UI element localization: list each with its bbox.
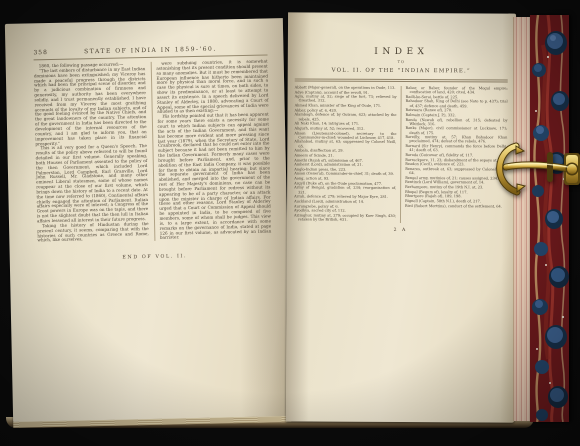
paragraph: “The last embers of disturbance in my Ea… (34, 67, 147, 147)
paragraph: His lordship pointed out that it has bee… (157, 113, 271, 241)
signature-mark: 2 A (294, 227, 507, 233)
running-head-spacer (233, 49, 267, 50)
index-to-label: TO (295, 59, 508, 64)
page-number: 358 (33, 49, 67, 57)
running-head-title: STATE OF INDIA IN 1859-'60. (67, 45, 233, 55)
index-entry: Abbott (Major-general), on the operation… (295, 85, 397, 90)
paragraph: This is all very good for a Queen's Spee… (35, 144, 148, 224)
index-entry: Alison (Lieutenant-colonel), secretary t… (294, 131, 396, 140)
index-column-1: Abbott (Major-general), on the operation… (294, 85, 397, 222)
end-of-volume-note: END OF VOL. II. (38, 253, 272, 263)
index-entry: Banks (Major), civil commissioner at Luc… (405, 126, 507, 135)
index-volume-line: VOL. II. OF THE “INDIAN EMPIRE.” (295, 67, 508, 74)
index-entry: Alambagh, defence of, by Outram, 423; at… (295, 113, 397, 122)
column-rule (400, 86, 402, 223)
index-entry: Auckland (Lord), administration of, 14. (294, 199, 396, 204)
index-entry: Azimghur, mutiny at, 279; occupied by Ko… (294, 213, 396, 222)
paragraph: were subduing countries, it is somewhat … (156, 59, 269, 115)
index-entry: Babar, or Baber, founder of the Mogul em… (406, 86, 508, 95)
left-page-column-2: were subduing countries, it is somewhat … (156, 59, 271, 241)
index-double-rule (295, 78, 508, 82)
paragraph: Taking the history of Hindustan during t… (37, 222, 149, 244)
index-entry: Aligurh, mutiny at, 52; recovered, 312. (294, 126, 396, 131)
marble-pattern-icon (530, 15, 569, 422)
index-entry: Agra, mutiny at, 52; siege of the fort, … (295, 95, 397, 104)
index-entry: Bignell (Captain, 58th N.I.), death of, … (405, 199, 507, 204)
left-page-column-1: 1860, the following passage occurred:—“T… (34, 62, 149, 244)
marbled-board (530, 15, 569, 422)
left-page: 358 STATE OF INDIA IN 1859-'60. 1860, th… (5, 18, 291, 424)
index-entry: Army of Bengal, gradation of, 234; reorg… (294, 186, 396, 195)
anchor-clasp-icon (486, 141, 580, 199)
index-title: INDEX (295, 46, 508, 57)
column-rule (150, 62, 155, 241)
right-page: INDEX TO VOL. II. OF THE “INDIAN EMPIRE.… (286, 12, 516, 422)
index-entry: Allahabad, mutiny at, 63; suppressed by … (294, 140, 396, 149)
book-photograph: 358 STATE OF INDIA IN 1859-'60. 1860, th… (0, 0, 580, 446)
index-entry: Bird (Robert Merttins), conduct of the s… (405, 204, 507, 209)
index-entry: Bahadoor Shah, King of Delhi (see Note t… (406, 99, 508, 108)
index-entry: Banda (Nawab of), rebellion of, 315; def… (405, 118, 507, 127)
brass-clasp (486, 141, 580, 199)
